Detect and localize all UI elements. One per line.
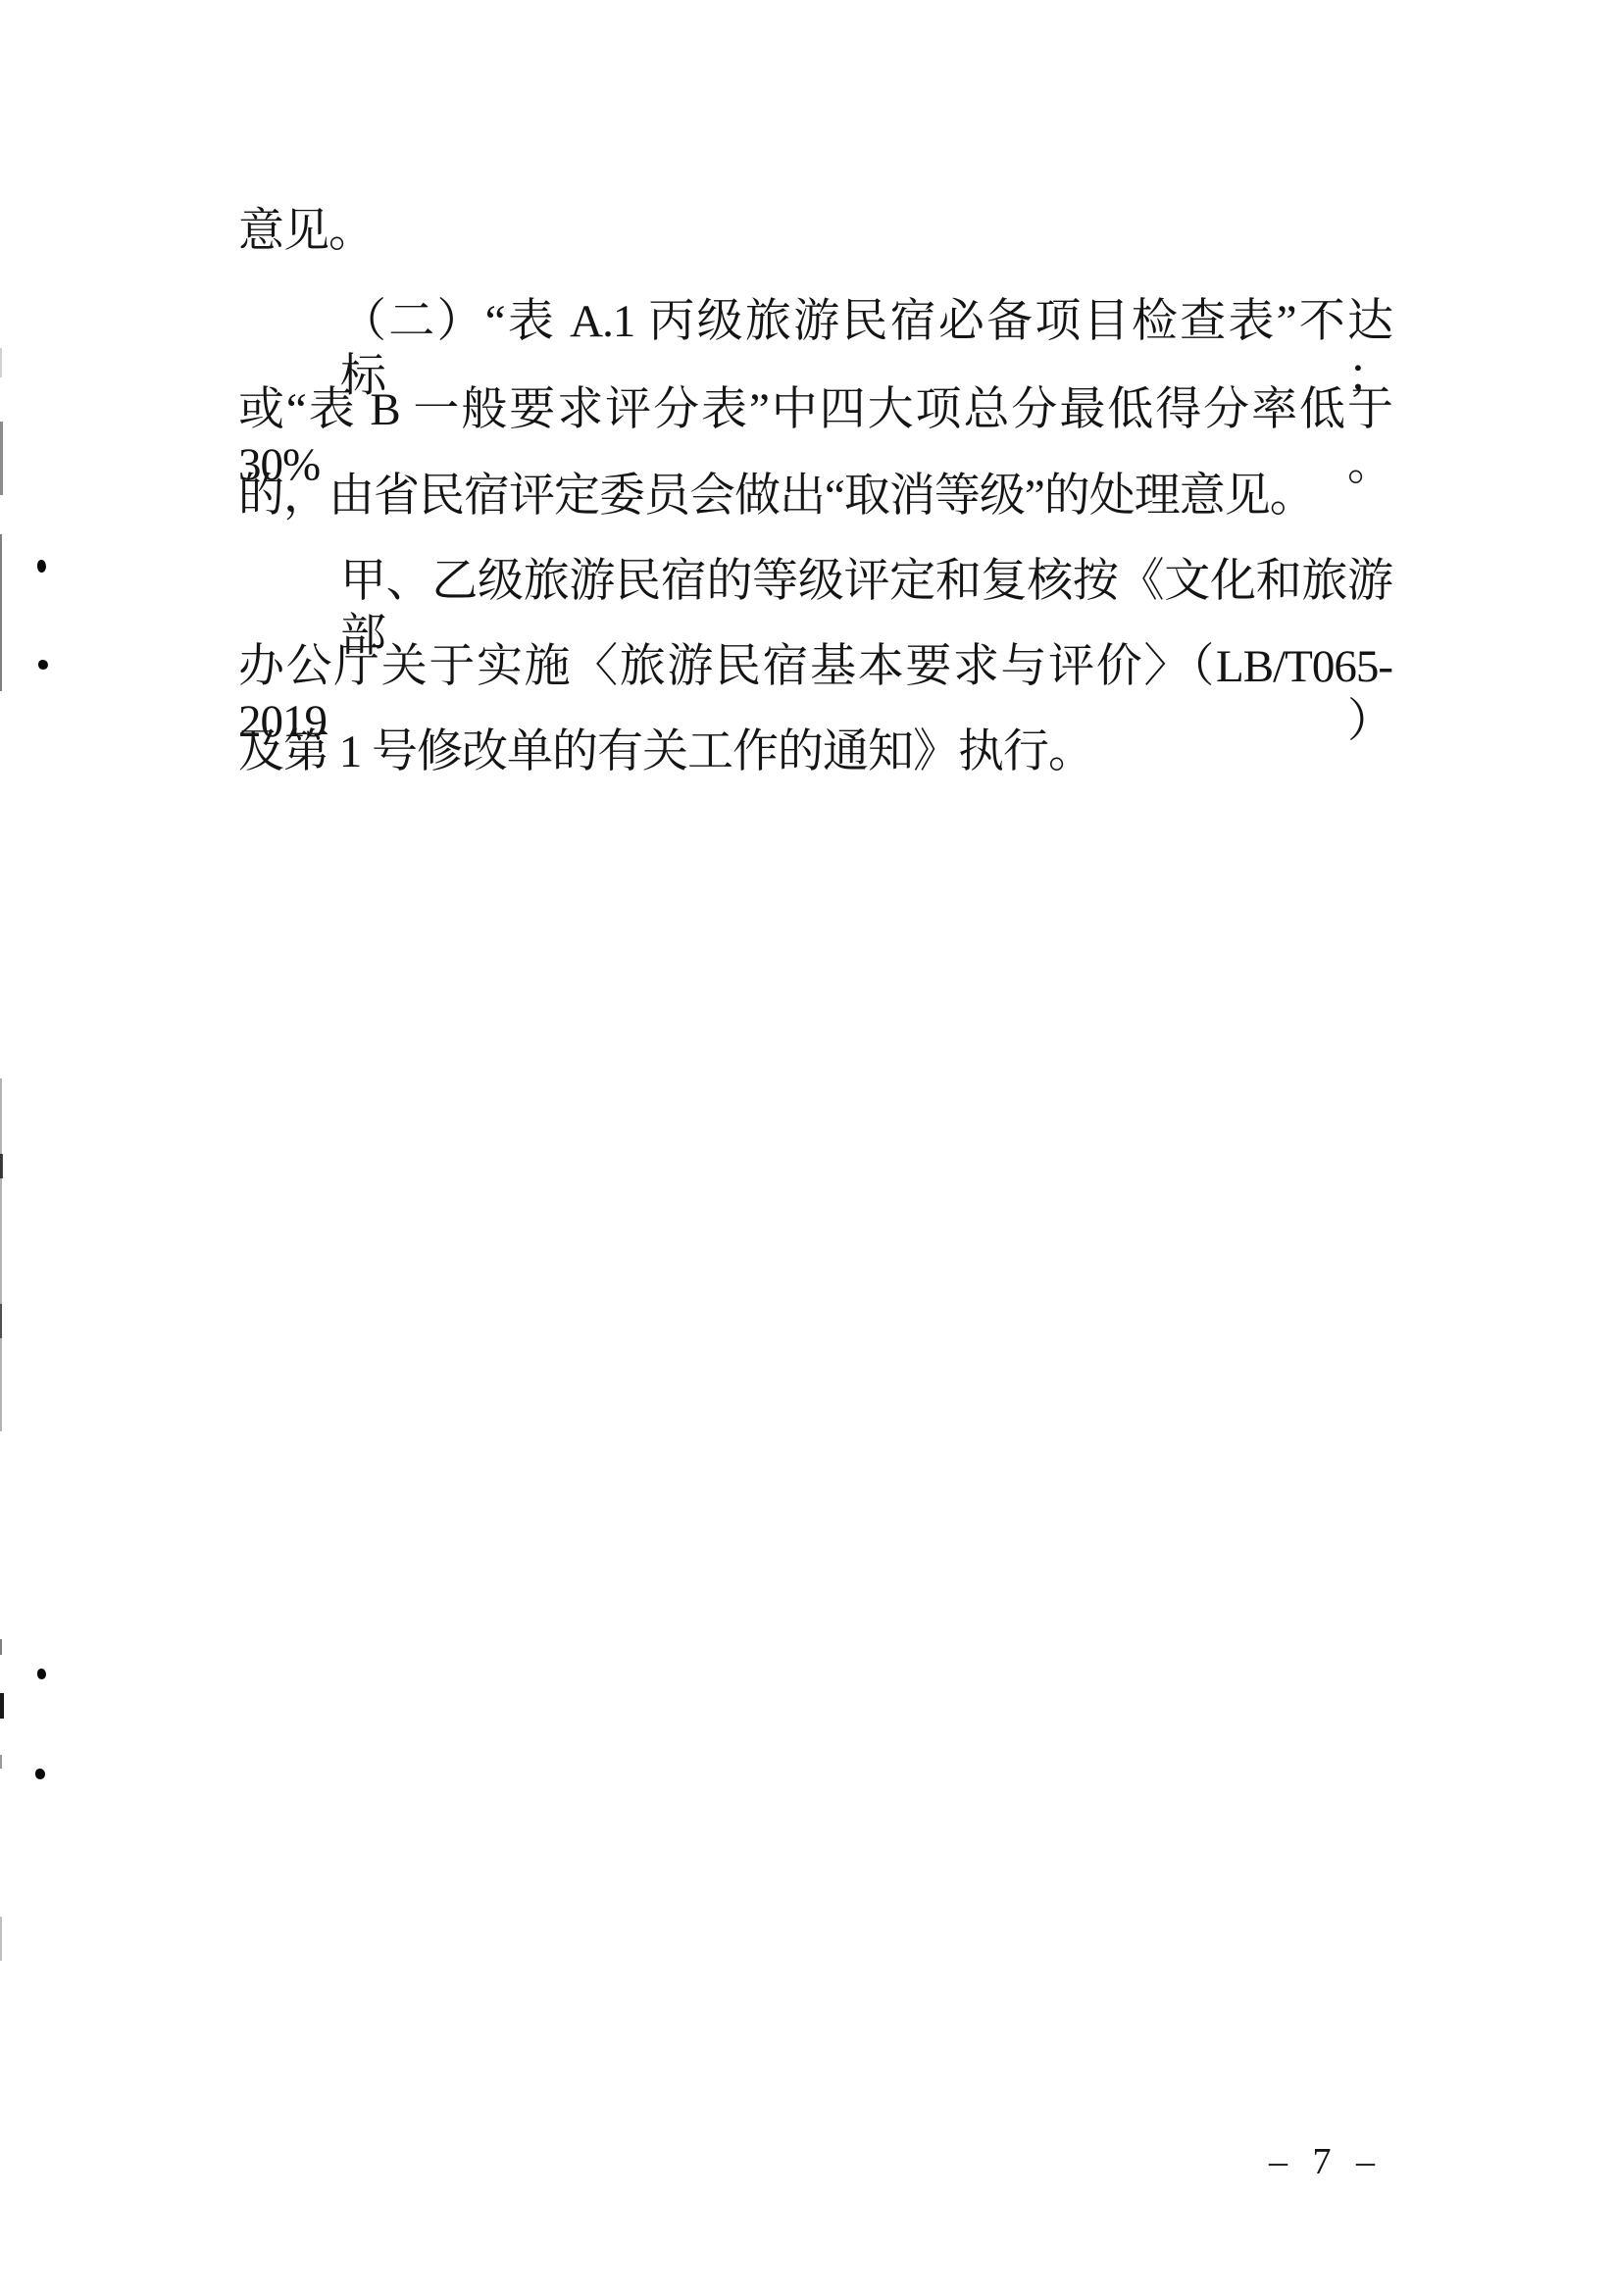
paragraph-line: 的，由省民宿评定委员会做出“取消等级”的处理意见。 (238, 469, 1315, 524)
scan-artifact-edge (0, 422, 3, 495)
scan-artifact-edge (0, 1078, 2, 1431)
paragraph-line: 及第 1 号修改单的有关工作的通知》执行。 (238, 724, 1093, 779)
scan-artifact-edge (0, 1693, 4, 1719)
scan-artifact-dot (37, 1669, 46, 1679)
scan-artifact-edge (0, 1755, 2, 1769)
scan-artifact-edge (0, 348, 2, 377)
scan-artifact-dot (38, 660, 48, 670)
page-number: – 7 – (1247, 2140, 1404, 2183)
scan-artifact-edge (0, 1917, 2, 1961)
scan-artifact-edge (0, 1304, 2, 1338)
scan-artifact-edge (0, 1154, 3, 1178)
scan-artifact-dot (37, 560, 46, 573)
scan-artifact-edge (0, 1639, 2, 1655)
scanned-document-page: 意见。 （二）“表 A.1 丙级旅游民宿必备项目检查表”不达标； 或“表 B 一… (0, 0, 1615, 2296)
scan-artifact-dot (35, 1769, 45, 1779)
scan-artifact-edge (0, 534, 2, 691)
paragraph-line: 意见。 (238, 204, 374, 259)
